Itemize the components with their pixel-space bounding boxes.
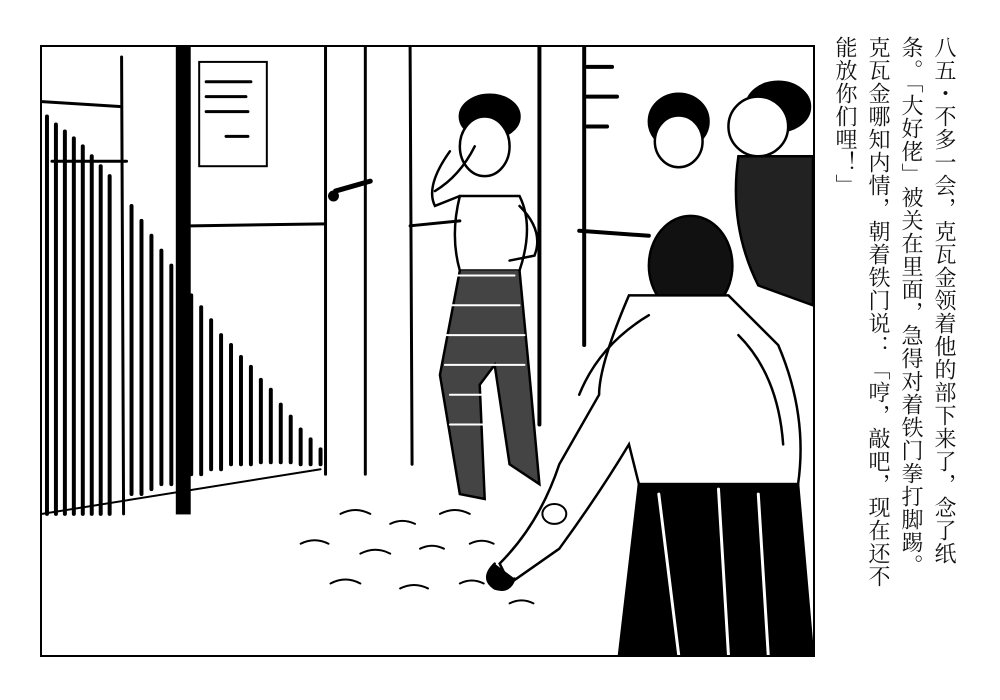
caption-line: 八五・不多一会，克瓦金领着他的部下来了，念了纸 (927, 36, 960, 676)
comic-illustration (42, 47, 813, 655)
door-notice (199, 62, 267, 166)
door-post (176, 47, 190, 514)
illustration-panel (40, 45, 815, 657)
caption-line: 条。「大好佬」被关在里面，急得对着铁门拳打脚踢。 (894, 36, 927, 676)
boy-at-door (432, 95, 539, 499)
caption-line: 能放你们哩！」 (828, 36, 861, 676)
caption-line: 克瓦金哪知内情，朝着铁门说：「哼，敲吧，现在还不 (861, 36, 894, 676)
caption-text: 八五・不多一会，克瓦金领着他的部下来了，念了纸 条。「大好佬」被关在里面，急得对… (828, 36, 960, 676)
boys-group (487, 82, 813, 655)
